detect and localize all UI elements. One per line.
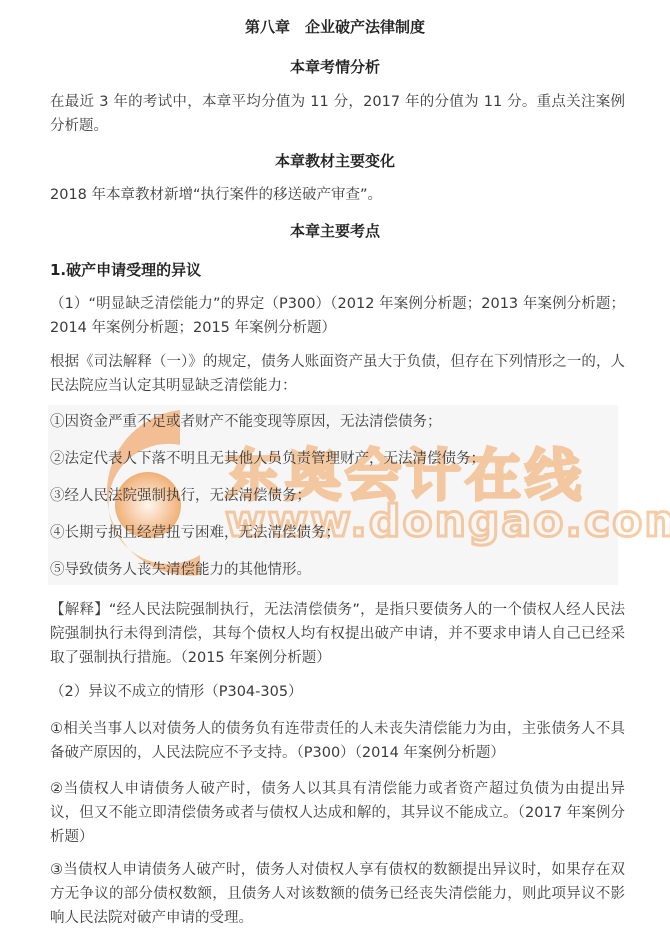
subtopic-2: （2）异议不成立的情形（P304-305） (50, 680, 625, 704)
subtopic-1: （1）“明显缺乏清偿能力”的界定（P300）（2012 年案例分析题；2013 … (50, 292, 625, 340)
textbook-changes-text: 2018 年本章教材新增“执行案件的移送破产审查”。 (50, 183, 625, 207)
criteria-item: ④长期亏损且经营扭亏困难，无法清偿债务； (50, 521, 610, 545)
rule-intro: 根据《司法解释（一）》的规定，债务人账面资产虽大于负债，但存在下列情形之一的，人… (50, 350, 625, 398)
exam-analysis-text: 在最近 3 年的考试中，本章平均分值为 11 分，2017 年的分值为 11 分… (50, 90, 625, 138)
heading-exam-analysis: 本章考情分析 (0, 56, 670, 77)
heading-key-points: 本章主要考点 (0, 220, 670, 241)
objection-item: ②当债权人申请债务人破产时，债务人以其具有清偿能力或者资产超过负债为由提出异议，… (50, 777, 625, 849)
criteria-item: ①因资金严重不足或者财产不能变现等原因，无法清偿债务； (50, 410, 610, 434)
criteria-item: ③经人民法院强制执行，无法清偿债务； (50, 484, 610, 508)
heading-textbook-changes: 本章教材主要变化 (0, 150, 670, 171)
topic-heading: 1.破产申请受理的异议 (50, 259, 201, 280)
criteria-item: ②法定代表人下落不明且无其他人员负责管理财产，无法清偿债务； (50, 447, 610, 471)
objection-item: ③当债权人申请债务人破产时，债务人对债权人享有债权的数额提出异议时，如果存在双方… (50, 858, 625, 930)
document-page: 第八章 企业破产法律制度 本章考情分析 在最近 3 年的考试中，本章平均分值为 … (0, 0, 670, 932)
explanation: 【解释】“经人民法院强制执行，无法清偿债务”，是指只要债务人的一个债权人经人民法… (50, 598, 625, 670)
objection-item: ①相关当事人以对债务人的债务负有连带责任的人未丧失清偿能力为由，主张债务人不具备… (50, 717, 625, 765)
criteria-item: ⑤导致债务人丧失清偿能力的其他情形。 (50, 558, 610, 582)
chapter-title: 第八章 企业破产法律制度 (0, 16, 670, 37)
